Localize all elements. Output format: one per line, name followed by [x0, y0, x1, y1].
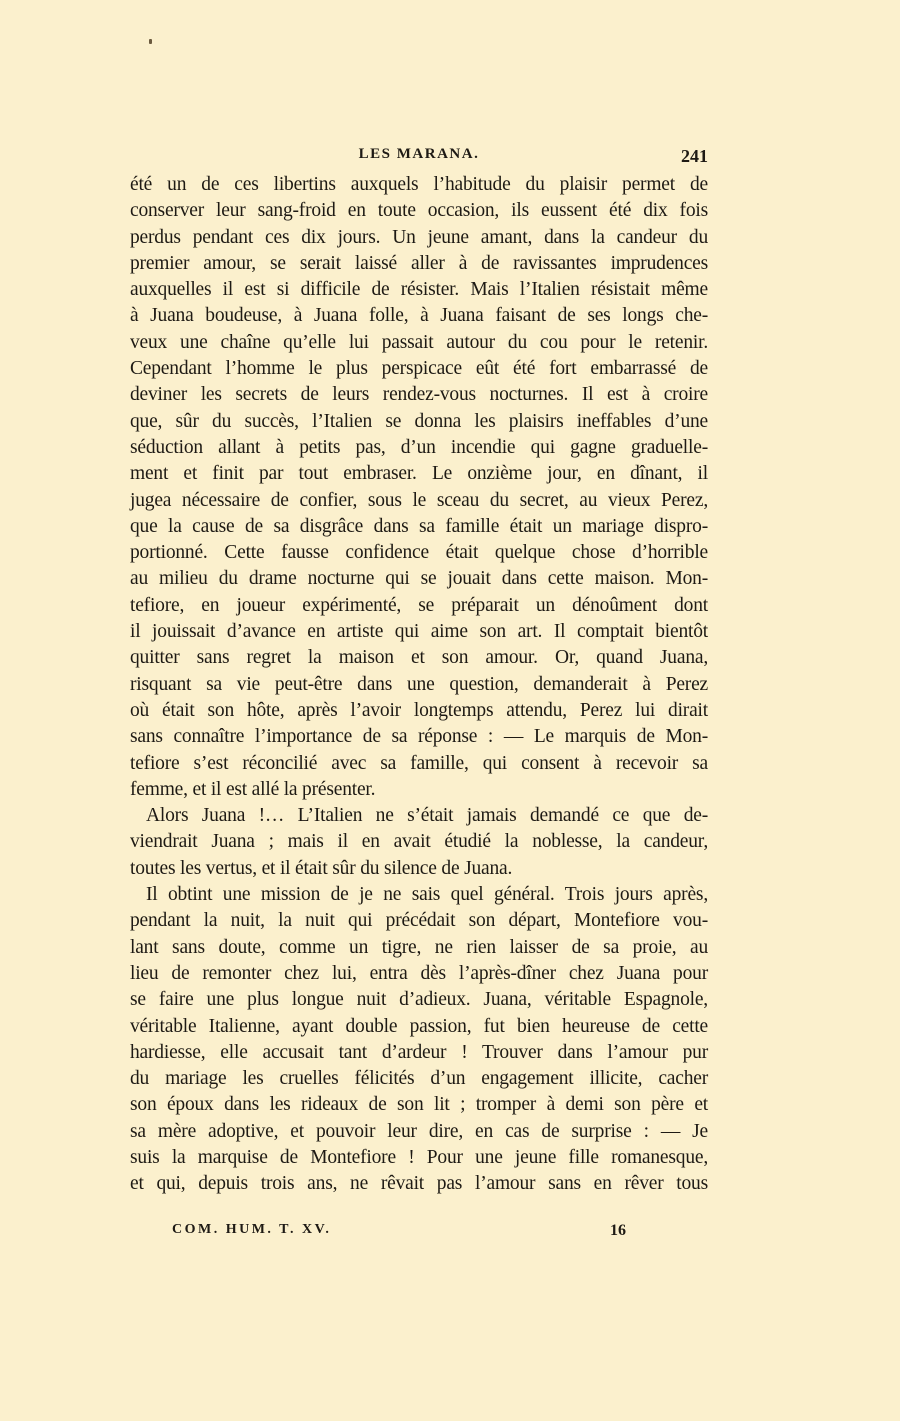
text-line: suis la marquise de Montefiore ! Pour un… — [130, 1145, 708, 1171]
text-line: Cependant l’homme le plus perspicace eût… — [130, 356, 708, 382]
text-line: à Juana boudeuse, à Juana folle, à Juana… — [130, 303, 708, 329]
text-line: ment et finit par tout embraser. Le onzi… — [130, 461, 708, 487]
text-line: risquant sa vie peut-être dans une quest… — [130, 672, 708, 698]
text-line: veux une chaîne qu’elle lui passait auto… — [130, 330, 708, 356]
body-text: été un de ces libertins auxquels l’habit… — [130, 172, 708, 1198]
text-line: tefiore s’est réconcilié avec sa famille… — [130, 751, 708, 777]
text-line: véritable Italienne, ayant double passio… — [130, 1014, 708, 1040]
text-line: et qui, depuis trois ans, ne rêvait pas … — [130, 1171, 708, 1197]
page-number: 241 — [681, 146, 708, 167]
text-line: portionné. Cette fausse confidence était… — [130, 540, 708, 566]
text-line: été un de ces libertins auxquels l’habit… — [130, 172, 708, 198]
text-line: auxquelles il est si difficile de résist… — [130, 277, 708, 303]
book-page: LES MARANA. 241 été un de ces libertins … — [0, 0, 900, 1421]
sheet-number: 16 — [610, 1222, 626, 1240]
text-line: lant sans doute, comme un tigre, ne rien… — [130, 935, 708, 961]
text-line: lieu de remonter chez lui, entra dès l’a… — [130, 961, 708, 987]
text-line: que la cause de sa disgrâce dans sa fami… — [130, 514, 708, 540]
text-line: jugea nécessaire de confier, sous le sce… — [130, 488, 708, 514]
text-line: pendant la nuit, la nuit qui précédait s… — [130, 908, 708, 934]
running-header: LES MARANA. 241 — [130, 146, 708, 170]
text-line: du mariage les cruelles félicités d’un e… — [130, 1066, 708, 1092]
text-line: se faire une plus longue nuit d’adieux. … — [130, 987, 708, 1013]
paragraph-start-line: Il obtint une mission de je ne sais quel… — [130, 882, 708, 908]
text-line: viendrait Juana ; mais il en avait étudi… — [130, 829, 708, 855]
text-line: où était son hôte, après l’avoir longtem… — [130, 698, 708, 724]
text-line: il jouissait d’avance en artiste qui aim… — [130, 619, 708, 645]
running-title: LES MARANA. — [130, 146, 708, 163]
text-line: conserver leur sang-froid en toute occas… — [130, 198, 708, 224]
paragraph-end-line: femme, et il est allé la présenter. — [130, 777, 708, 803]
text-line: quitter sans regret la maison et son amo… — [130, 645, 708, 671]
text-line: perdus pendant ces dix jours. Un jeune a… — [130, 225, 708, 251]
text-line: son époux dans les rideaux de son lit ; … — [130, 1092, 708, 1118]
text-line: sans connaître l’importance de sa répons… — [130, 724, 708, 750]
text-line: premier amour, se serait laissé aller à … — [130, 251, 708, 277]
ink-speck — [149, 39, 152, 44]
text-line: hardiesse, elle accusait tant d’ardeur !… — [130, 1040, 708, 1066]
text-line: sa mère adoptive, et pouvoir leur dire, … — [130, 1119, 708, 1145]
paragraph-end-line: toutes les vertus, et il était sûr du si… — [130, 856, 708, 882]
page-footer: COM. HUM. T. XV. 16 — [130, 1222, 708, 1246]
text-line: que, sûr du succès, l’Italien se donna l… — [130, 409, 708, 435]
text-line: tefiore, en joueur expérimenté, se prépa… — [130, 593, 708, 619]
paragraph-start-line: Alors Juana !… L’Italien ne s’était jama… — [130, 803, 708, 829]
text-line: deviner les secrets de leurs rendez-vous… — [130, 382, 708, 408]
signature-mark: COM. HUM. T. XV. — [172, 1222, 331, 1238]
text-line: au milieu du drame nocturne qui se jouai… — [130, 566, 708, 592]
text-line: séduction allant à petits pas, d’un ince… — [130, 435, 708, 461]
